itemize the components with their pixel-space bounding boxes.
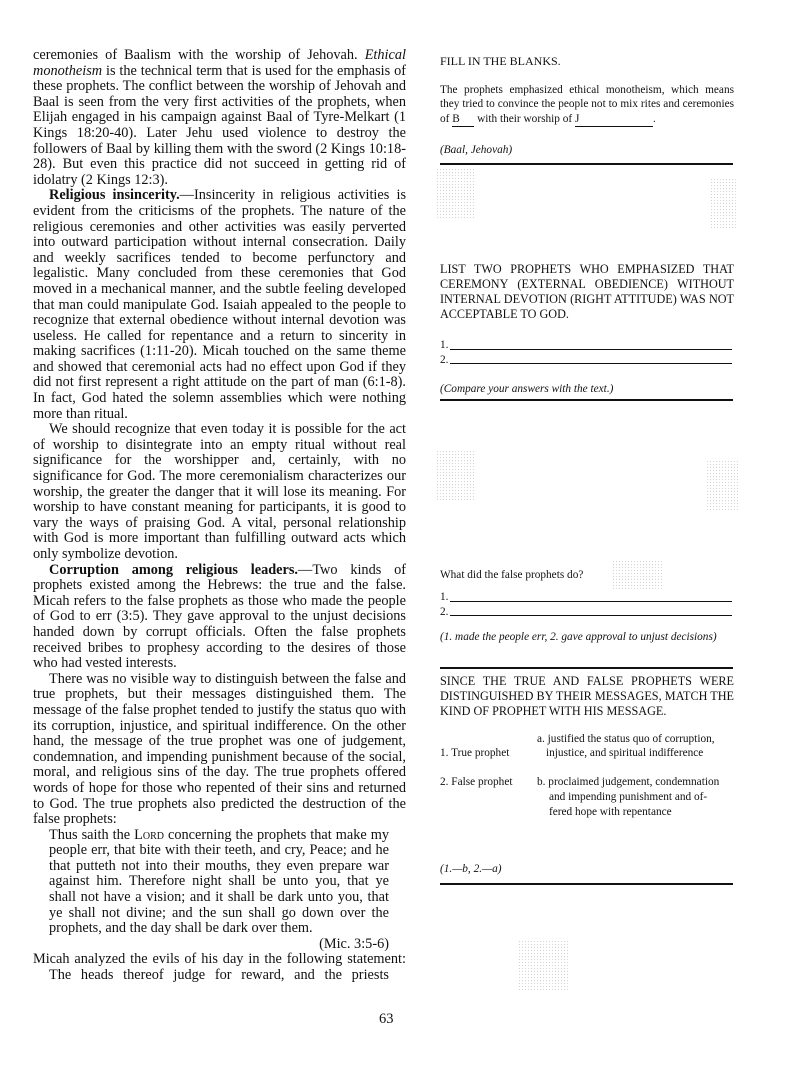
answer-q3: (1. made the people err, 2. gave approva… (440, 630, 734, 644)
study-questions-column: FILL IN THE BLANKS. The prophets emphasi… (440, 0, 734, 100)
text: concerning the prophets that make my peo… (49, 827, 389, 937)
divider (440, 667, 733, 669)
paragraph-true-false-prophets: There was no visible way to distinguish … (33, 672, 406, 828)
false-prophets-question: What did the false prophets do? (440, 568, 734, 582)
divider (440, 883, 733, 885)
blank-j-input[interactable]: J (575, 112, 653, 127)
match-heading: SINCE THE TRUE AND FALSE PROPHETS WERE D… (440, 674, 734, 719)
divider (440, 163, 733, 165)
answer-line-2[interactable]: 2. (440, 353, 734, 368)
option-b: b. proclaimed judgement, condemnation (537, 775, 719, 789)
match-item-true-prophet[interactable]: 1. True prophet (440, 746, 509, 760)
paragraph-religious-insincerity: Religious insincerity.—Insincerity in re… (33, 188, 406, 422)
scripture-quote-start: The heads thereof judge for reward, and … (49, 968, 389, 984)
answer-q2: (Compare your answers with the text.) (440, 382, 734, 396)
page-number: 63 (379, 1011, 394, 1028)
divider (440, 399, 733, 401)
scan-noise (706, 460, 738, 510)
section-heading: Religious insincerity. (49, 187, 180, 203)
fill-in-blanks-heading: FILL IN THE BLANKS. (440, 54, 734, 69)
option-a-cont: injustice, and spiritual indifference (546, 746, 703, 760)
answer-line-1[interactable]: 1. (440, 590, 734, 605)
scan-noise (436, 450, 476, 500)
scan-noise (612, 560, 662, 590)
option-b-cont2: fered hope with repentance (549, 805, 672, 819)
scan-noise (518, 940, 568, 990)
lord-smallcaps: Lord (134, 827, 164, 843)
line-label: 1. (440, 338, 448, 352)
blank-b-input[interactable]: B (452, 112, 474, 127)
text: ceremonies of Baalism with the worship o… (33, 47, 365, 63)
text: is the technical term that is used for t… (33, 63, 406, 188)
answer-lines: 1. 2. (440, 590, 734, 619)
text: . (653, 113, 656, 125)
fill-in-blanks-question: The prophets emphasized ethical monothei… (440, 83, 734, 127)
text: —Two kinds of prophets existed among the… (33, 562, 406, 672)
option-a: a. justified the status quo of corruptio… (537, 732, 715, 746)
scan-noise (436, 168, 476, 218)
paragraph-ethical-monotheism: ceremonies of Baalism with the worship o… (33, 48, 406, 188)
blank-hint: J (575, 113, 579, 125)
answer-lines: 1. 2. (440, 338, 734, 367)
line-label: 1. (440, 590, 448, 604)
main-text-column: ceremonies of Baalism with the worship o… (33, 48, 406, 984)
answer-q1: (Baal, Jehovah) (440, 143, 734, 157)
text: —Insincerity in religious activities is … (33, 187, 406, 421)
paragraph-corruption: Corruption among religious leaders.—Two … (33, 563, 406, 672)
list-prophets-heading: LIST TWO PROPHETS WHO EMPHASIZED THAT CE… (440, 262, 734, 322)
line-label: 2. (440, 353, 448, 367)
line-label: 2. (440, 605, 448, 619)
text: with their worship of (474, 113, 575, 125)
answer-q4: (1.—b, 2.—a) (440, 862, 734, 876)
heading-text: FILL IN THE BLANKS. (440, 54, 561, 68)
match-item-false-prophet[interactable]: 2. False prophet (440, 775, 512, 789)
text: Thus saith the (49, 827, 134, 843)
answer-line-1[interactable]: 1. (440, 338, 734, 353)
paragraph-worship: We should recognize that even today it i… (33, 422, 406, 562)
paragraph-micah-analysis: Micah analyzed the evils of his day in t… (33, 952, 406, 968)
scan-noise (710, 178, 738, 228)
scripture-citation: (Mic. 3:5-6) (49, 937, 389, 953)
option-b-cont: and impending punishment and of- (549, 790, 707, 804)
option-text: a. justified the status quo of corruptio… (537, 733, 715, 745)
answer-line-2[interactable]: 2. (440, 605, 734, 620)
scripture-quote-micah-3: Thus saith the Lord concerning the proph… (49, 828, 389, 953)
section-heading: Corruption among religious leaders. (49, 562, 298, 578)
matching-exercise: a. justified the status quo of corruptio… (440, 732, 734, 832)
blank-hint: B (452, 113, 460, 125)
